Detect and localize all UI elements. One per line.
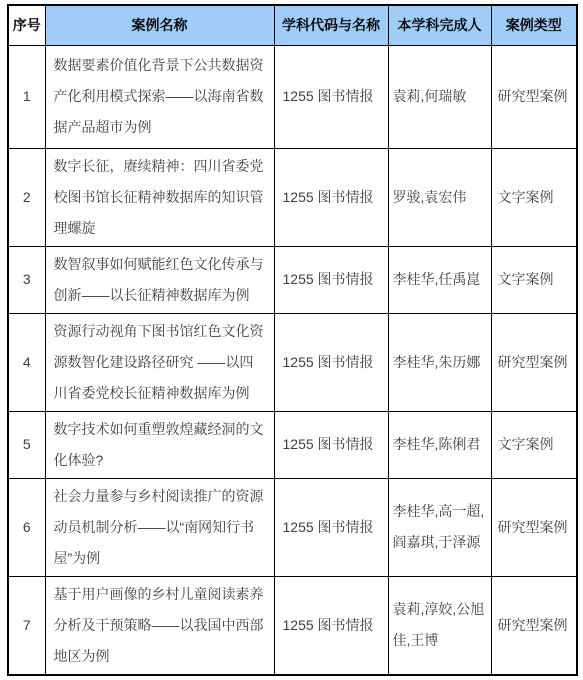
table-row: 2 数字长征，赓续精神：四川省委党校图书馆长征精神数据库的知识管理螺旋 1255… [8, 148, 577, 246]
cell-case-type: 文字案例 [491, 246, 577, 313]
cell-serial-number: 5 [8, 411, 45, 478]
table-row: 7 基于用户画像的乡村儿童阅读素养分析及干预策略——以我国中西部地区为例 125… [8, 576, 577, 675]
cell-completers: 袁莉,淳姣,公旭佳,王博 [388, 576, 491, 675]
cell-case-type: 研究型案例 [491, 478, 577, 576]
header-case-name: 案例名称 [45, 5, 274, 45]
cases-table: 序号 案例名称 学科代码与名称 本学科完成人 案例类型 1 数据要素价值化背景下… [7, 4, 578, 676]
table-header-row: 序号 案例名称 学科代码与名称 本学科完成人 案例类型 [8, 5, 577, 45]
header-case-type: 案例类型 [491, 5, 577, 45]
table-row: 4 资源行动视角下图书馆红色文化资源数智化建设路径研究 ——以四川省委党校长征精… [8, 313, 577, 411]
cell-case-name: 社会力量参与乡村阅读推广的资源动员机制分析——以“南网知行书屋”为例 [45, 478, 274, 576]
cell-case-name: 资源行动视角下图书馆红色文化资源数智化建设路径研究 ——以四川省委党校长征精神数… [45, 313, 274, 411]
cell-case-type: 研究型案例 [491, 576, 577, 675]
page: 序号 案例名称 学科代码与名称 本学科完成人 案例类型 1 数据要素价值化背景下… [0, 0, 583, 680]
cell-subject-code-name: 1255 图书情报 [274, 478, 388, 576]
cell-case-name: 数字长征，赓续精神：四川省委党校图书馆长征精神数据库的知识管理螺旋 [45, 148, 274, 246]
cell-completers: 李桂华,任禹崑 [388, 246, 491, 313]
header-subject-code-name: 学科代码与名称 [274, 5, 388, 45]
cell-case-type: 研究型案例 [491, 45, 577, 148]
cell-case-name: 数智叙事如何赋能红色文化传承与创新——以长征精神数据库为例 [45, 246, 274, 313]
cell-serial-number: 6 [8, 478, 45, 576]
cell-subject-code-name: 1255 图书情报 [274, 45, 388, 148]
cell-completers: 李桂华,陈俐君 [388, 411, 491, 478]
cell-case-type: 文字案例 [491, 411, 577, 478]
cell-serial-number: 1 [8, 45, 45, 148]
cell-completers: 李桂华,朱历娜 [388, 313, 491, 411]
table-row: 5 数字技术如何重塑敦煌藏经洞的文化体验? 1255 图书情报 李桂华,陈俐君 … [8, 411, 577, 478]
cell-subject-code-name: 1255 图书情报 [274, 148, 388, 246]
table-row: 3 数智叙事如何赋能红色文化传承与创新——以长征精神数据库为例 1255 图书情… [8, 246, 577, 313]
cell-completers: 袁莉,何瑞敏 [388, 45, 491, 148]
cell-case-type: 研究型案例 [491, 313, 577, 411]
cell-serial-number: 4 [8, 313, 45, 411]
cell-case-name: 数字技术如何重塑敦煌藏经洞的文化体验? [45, 411, 274, 478]
cell-subject-code-name: 1255 图书情报 [274, 411, 388, 478]
cell-subject-code-name: 1255 图书情报 [274, 313, 388, 411]
table-row: 6 社会力量参与乡村阅读推广的资源动员机制分析——以“南网知行书屋”为例 125… [8, 478, 577, 576]
cell-subject-code-name: 1255 图书情报 [274, 246, 388, 313]
cell-serial-number: 2 [8, 148, 45, 246]
cell-serial-number: 3 [8, 246, 45, 313]
cell-subject-code-name: 1255 图书情报 [274, 576, 388, 675]
cell-case-name: 基于用户画像的乡村儿童阅读素养分析及干预策略——以我国中西部地区为例 [45, 576, 274, 675]
cell-completers: 罗骏,袁宏伟 [388, 148, 491, 246]
header-completers: 本学科完成人 [388, 5, 491, 45]
cell-case-name: 数据要素价值化背景下公共数据资产化利用模式探索——以海南省数据产品超市为例 [45, 45, 274, 148]
cell-case-type: 文字案例 [491, 148, 577, 246]
cell-completers: 李桂华,高一超,阎嘉琪,于泽源 [388, 478, 491, 576]
header-serial-number: 序号 [8, 5, 45, 45]
table-row: 1 数据要素价值化背景下公共数据资产化利用模式探索——以海南省数据产品超市为例 … [8, 45, 577, 148]
cell-serial-number: 7 [8, 576, 45, 675]
